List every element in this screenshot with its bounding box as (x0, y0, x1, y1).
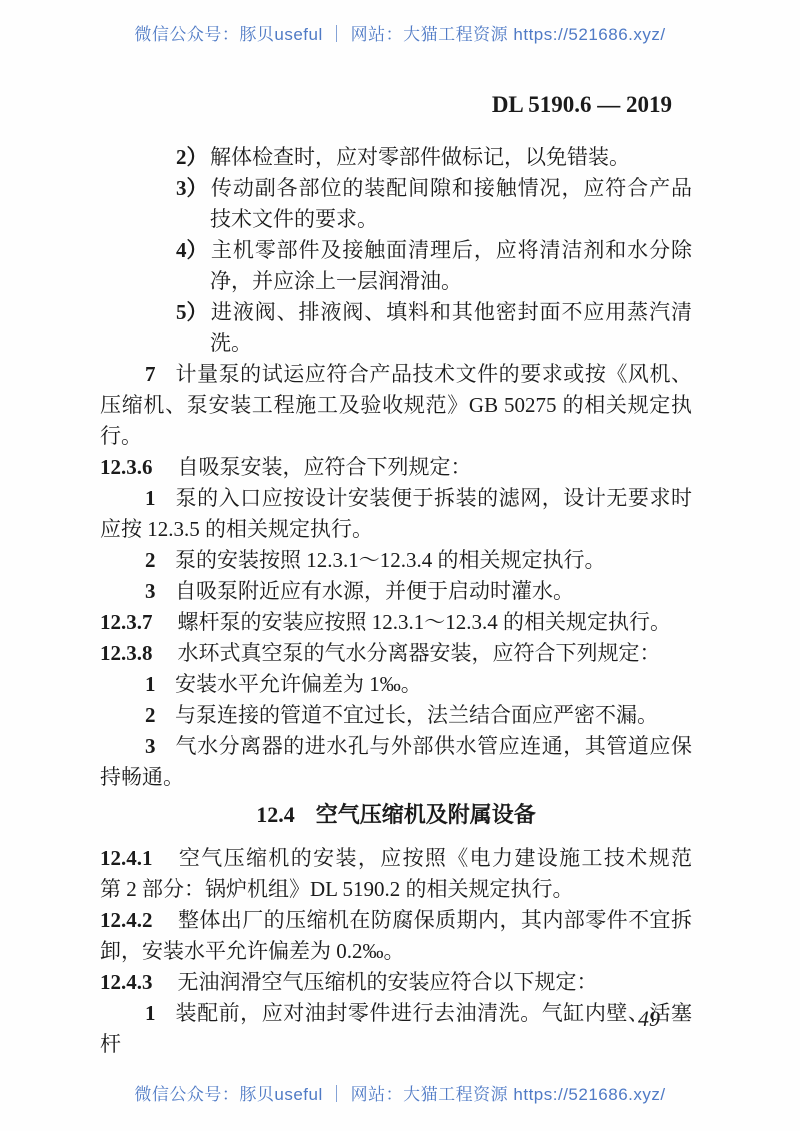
clause-paragraph: 12.3.8水环式真空泵的气水分离器安装，应符合下列规定： (100, 638, 692, 669)
clause-text: 自吸泵安装，应符合下列规定： (178, 455, 472, 479)
item-text: 自吸泵附近应有水源，并便于启动时灌水。 (175, 579, 574, 603)
item-text: 与泵连接的管道不宜过长，法兰结合面应严密不漏。 (175, 703, 658, 727)
item-marker: 1 (145, 669, 175, 700)
list-item: 5）进液阀、排液阀、填料和其他密封面不应用蒸汽清洗。 (100, 297, 692, 359)
item-text: 主机零部件及接触面清理后，应将清洁剂和水分除净，并应涂上一层润滑油。 (210, 238, 692, 293)
numbered-paragraph: 2与泵连接的管道不宜过长，法兰结合面应严密不漏。 (100, 700, 692, 731)
numbered-paragraph: 7计量泵的试运应符合产品技术文件的要求或按《风机、压缩机、泵安装工程施工及验收规… (100, 359, 692, 452)
clause-number: 12.4.3 (100, 970, 153, 994)
item-marker: 3 (145, 731, 175, 762)
clause-text: 水环式真空泵的气水分离器安装，应符合下列规定： (178, 641, 661, 665)
top-watermark: 微信公众号：豚贝useful ｜ 网站：大猫工程资源 https://52168… (0, 20, 800, 45)
standard-code: DL 5190.6 — 2019 (492, 92, 672, 118)
section-heading: 12.4空气压缩机及附属设备 (100, 798, 692, 832)
clause-number: 12.4.2 (100, 908, 153, 932)
item-marker: 3） (176, 173, 210, 204)
section-number: 12.4 (256, 802, 295, 827)
clause-number: 12.3.8 (100, 641, 153, 665)
item-text: 进液阀、排液阀、填料和其他密封面不应用蒸汽清洗。 (210, 300, 692, 355)
numbered-paragraph: 2泵的安装按照 12.3.1～12.3.4 的相关规定执行。 (100, 545, 692, 576)
numbered-paragraph: 1泵的入口应按设计安装便于拆装的滤网，设计无要求时应按 12.3.5 的相关规定… (100, 483, 692, 545)
clause-number: 12.3.7 (100, 610, 153, 634)
clause-number: 12.3.6 (100, 455, 153, 479)
item-marker: 4） (176, 235, 210, 266)
item-text: 泵的入口应按设计安装便于拆装的滤网，设计无要求时应按 12.3.5 的相关规定执… (100, 486, 692, 541)
numbered-paragraph: 3自吸泵附近应有水源，并便于启动时灌水。 (100, 576, 692, 607)
clause-text: 无油润滑空气压缩机的安装应符合以下规定： (178, 970, 598, 994)
item-marker: 1 (145, 998, 175, 1029)
list-item: 2）解体检查时，应对零部件做标记，以免错装。 (100, 142, 692, 173)
item-text: 安装水平允许偏差为 1‰。 (175, 672, 422, 696)
clause-text: 螺杆泵的安装应按照 12.3.1～12.3.4 的相关规定执行。 (178, 610, 672, 634)
clause-paragraph: 12.3.6自吸泵安装，应符合下列规定： (100, 452, 692, 483)
document-body: 2）解体检查时，应对零部件做标记，以免错装。 3）传动副各部位的装配间隙和接触情… (100, 142, 692, 1060)
item-marker: 5） (176, 297, 210, 328)
document-page: 微信公众号：豚贝useful ｜ 网站：大猫工程资源 https://52168… (0, 0, 800, 1131)
page-number: 49 (638, 1006, 660, 1032)
item-text: 泵的安装按照 12.3.1～12.3.4 的相关规定执行。 (175, 548, 606, 572)
clause-text: 空气压缩机的安装，应按照《电力建设施工技术规范 第 2 部分：锅炉机组》DL 5… (100, 846, 713, 901)
clause-paragraph: 12.4.1空气压缩机的安装，应按照《电力建设施工技术规范 第 2 部分：锅炉机… (100, 843, 692, 905)
item-text: 解体检查时，应对零部件做标记，以免错装。 (210, 145, 630, 169)
numbered-paragraph: 3气水分离器的进水孔与外部供水管应连通，其管道应保持畅通。 (100, 731, 692, 793)
clause-number: 12.4.1 (100, 846, 153, 870)
item-marker: 1 (145, 483, 175, 514)
list-item: 4）主机零部件及接触面清理后，应将清洁剂和水分除净，并应涂上一层润滑油。 (100, 235, 692, 297)
list-item: 3）传动副各部位的装配间隙和接触情况，应符合产品技术文件的要求。 (100, 173, 692, 235)
bottom-watermark: 微信公众号：豚贝useful ｜ 网站：大猫工程资源 https://52168… (0, 1080, 800, 1105)
item-text: 计量泵的试运应符合产品技术文件的要求或按《风机、压缩机、泵安装工程施工及验收规范… (100, 362, 692, 448)
item-marker: 3 (145, 576, 175, 607)
item-marker: 2 (145, 700, 175, 731)
item-marker: 7 (145, 359, 175, 390)
numbered-paragraph: 1装配前，应对油封零件进行去油清洗。气缸内壁、活塞杆 (100, 998, 692, 1060)
clause-paragraph: 12.4.2整体出厂的压缩机在防腐保质期内，其内部零件不宜拆卸，安装水平允许偏差… (100, 905, 692, 967)
section-title: 空气压缩机及附属设备 (316, 802, 536, 827)
clause-paragraph: 12.3.7螺杆泵的安装应按照 12.3.1～12.3.4 的相关规定执行。 (100, 607, 692, 638)
item-text: 气水分离器的进水孔与外部供水管应连通，其管道应保持畅通。 (100, 734, 692, 789)
item-marker: 2 (145, 545, 175, 576)
item-text: 装配前，应对油封零件进行去油清洗。气缸内壁、活塞杆 (100, 1001, 692, 1056)
item-text: 传动副各部位的装配间隙和接触情况，应符合产品技术文件的要求。 (210, 176, 692, 231)
clause-paragraph: 12.4.3无油润滑空气压缩机的安装应符合以下规定： (100, 967, 692, 998)
clause-text: 整体出厂的压缩机在防腐保质期内，其内部零件不宜拆卸，安装水平允许偏差为 0.2‰… (100, 908, 692, 963)
numbered-paragraph: 1安装水平允许偏差为 1‰。 (100, 669, 692, 700)
item-marker: 2） (176, 142, 210, 173)
